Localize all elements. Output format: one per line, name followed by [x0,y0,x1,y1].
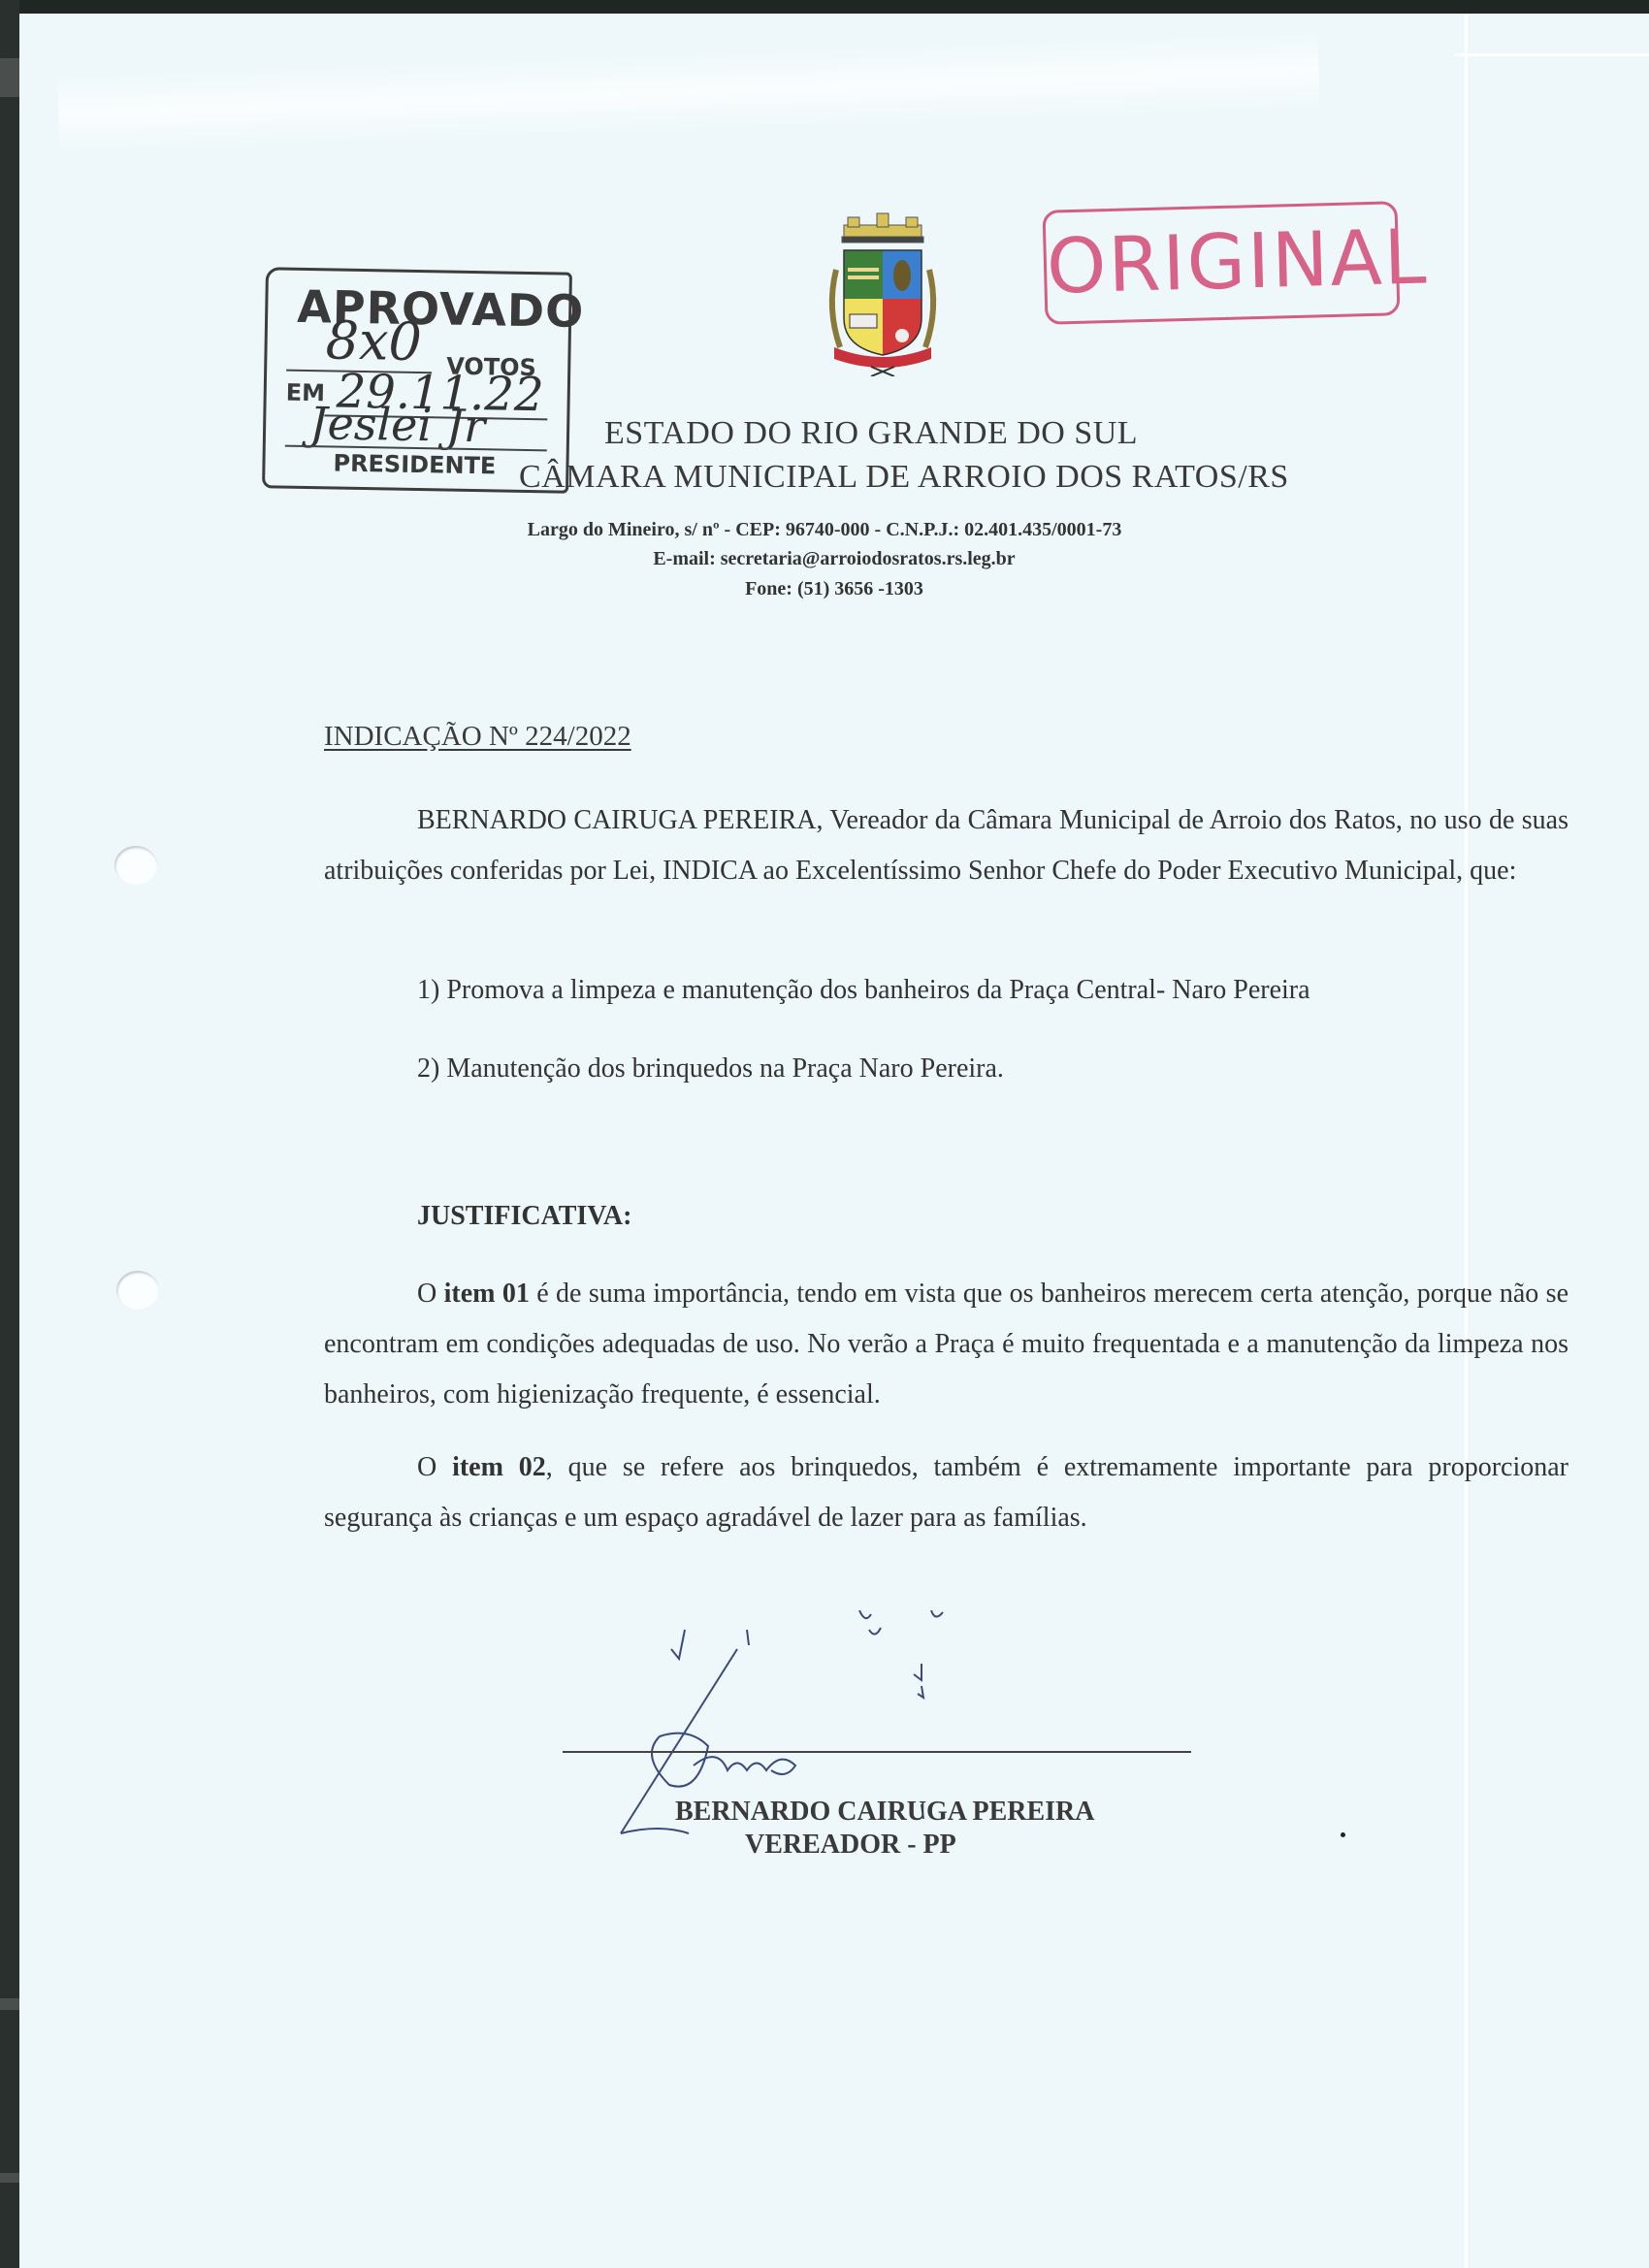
signer-role: VEREADOR - PP [745,1830,956,1861]
punch-hole [114,846,157,885]
scan-border-top [0,0,1649,14]
letterhead-email: E-mail: secretaria@arroiodosratos.rs.leg… [0,548,1649,570]
signature-line [563,1751,1191,1753]
letterhead-address: Largo do Mineiro, s/ nº - CEP: 96740-000… [0,519,1649,541]
indication-item-1: 1) Promova a limpeza e manutenção dos ba… [417,975,1310,1006]
justification-paragraph-2: O item 02, que se refere aos brinquedos,… [324,1442,1568,1543]
intro-text: BERNARDO CAIRUGA PEREIRA, Vereador da Câ… [324,805,1568,886]
item-reference: item 01 [444,1279,530,1309]
letterhead-chamber: CÂMARA MUNICIPAL DE ARROIO DOS RATOS/RS [519,459,1289,496]
justification-paragraph-1: O item 01 é de suma importância, tendo e… [324,1269,1568,1420]
justification-lead: O [417,1452,452,1482]
paper-crease [1455,53,1649,56]
justification-lead: O [417,1279,444,1309]
letterhead-state: ESTADO DO RIO GRANDE DO SUL [604,415,1138,452]
letterhead-phone: Fone: (51) 3656 -1303 [0,578,1649,600]
ink-speck [1341,1832,1345,1837]
paper-crease [1465,14,1468,2268]
signer-name: BERNARDO CAIRUGA PEREIRA [675,1797,1094,1828]
document-title: INDICAÇÃO Nº 224/2022 [324,721,631,753]
coat-of-arms-icon [823,211,943,376]
scan-glare [57,31,1320,152]
intro-paragraph: BERNARDO CAIRUGA PEREIRA, Vereador da Câ… [324,795,1568,896]
signer-label: PRESIDENTE [333,450,496,480]
scan-border-left [0,0,19,2268]
justification-heading: JUSTIFICATIVA: [417,1201,631,1232]
original-stamp: ORIGINAL [1043,201,1401,325]
handwritten-signature: Jeslei Jr [309,397,486,452]
punch-hole [116,1271,159,1310]
item-reference: item 02 [452,1452,546,1482]
handwritten-votes: 8x0 [325,309,422,373]
indication-item-2: 2) Manutenção dos brinquedos na Praça Na… [417,1053,1004,1085]
